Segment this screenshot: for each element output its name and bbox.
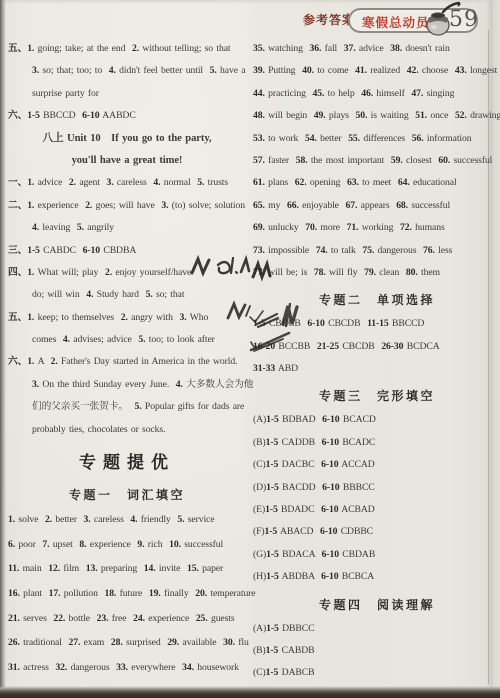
answer-line: 6. poor 7. upset 8. experience 9. rich 1…: [8, 533, 246, 558]
answer-line: 44. practicing 45. to help 46. himself 4…: [253, 83, 500, 105]
answer-line: (G)1-5 BDACA 6-10 CBDAB: [253, 544, 500, 566]
answer-line: 4. leaving 5. angrily: [8, 217, 246, 239]
answer-line: (F)1-5 ABACD 6-10 CDBBC: [253, 521, 500, 543]
answer-line: 11. main 12. film 13. preparing 14. invi…: [8, 557, 246, 582]
answer-line: 们的父亲买一张贺卡。 5. Popular gifts for dads are: [8, 396, 246, 418]
answer-line: 五、1. going; take; at the end 2. without …: [8, 38, 246, 60]
answer-line: comes 4. advises; advice 5. too; to look…: [8, 329, 246, 351]
answer-line: probably ties, chocolates or socks.: [8, 419, 246, 441]
answer-line: (A)1-5 BDBAD 6-10 BCACD: [253, 409, 500, 431]
answer-line: 六、1. A 2. Father's Day started in Americ…: [8, 351, 246, 373]
section-title: 专题三 完形填空: [253, 383, 500, 409]
answer-line: you'll have a great time!: [8, 150, 246, 172]
answer-line: 一、1. advice 2. agent 3. careless 4. norm…: [8, 172, 246, 194]
left-column: 五、1. going; take; at the end 2. without …: [8, 36, 246, 682]
answer-line: 31. actress 32. dangerous 33. everywhere…: [8, 656, 246, 681]
answer-columns: 五、1. going; take; at the end 2. without …: [8, 36, 484, 682]
answer-line: 48. will begin 49. plays 50. is waiting …: [253, 105, 500, 127]
answer-line: (C)1-5 DABCB: [253, 662, 500, 684]
answer-line: 53. to work 54. better 55. differences 5…: [253, 128, 500, 150]
answer-line: 21. serves 22. bottle 23. free 24. exper…: [8, 607, 246, 632]
answer-line: (A)1-5 DBBCC: [253, 618, 500, 640]
section-title: 专题四 阅读理解: [253, 592, 500, 618]
answer-line: 35. watching 36. fall 37. advice 38. doe…: [253, 38, 500, 60]
answer-line: 69. unlucky 70. more 71. working 72. hum…: [253, 217, 500, 239]
answer-line: (D)1-5 BACDD 6-10 BBBCC: [253, 477, 500, 499]
page-header: 参考答案 寒假总动员 59: [0, 0, 500, 38]
answer-line: 31-33 ABD: [253, 358, 500, 380]
answer-line: 73. impossible 74. to talk 75. dangerous…: [253, 240, 500, 262]
answer-line: 3. so; that; too; to 4. didn't feel bett…: [8, 60, 246, 82]
answer-line: 1-5 CBBCB 6-10 CBCDB 11-15 BBCCD: [253, 313, 500, 335]
answer-line: 61. plans 62. opening 63. to meet 64. ed…: [253, 172, 500, 194]
answer-line: (E)1-5 BDADC 6-10 ACBAD: [253, 499, 500, 521]
scan-edge-left: [0, 0, 6, 698]
scanned-answer-page: 参考答案 寒假总动员 59 五、1. going; take; at the e…: [0, 0, 500, 698]
answer-line: (H)1-5 ABDBA 6-10 BCBCA: [253, 566, 500, 588]
right-column: 35. watching 36. fall 37. advice 38. doe…: [246, 36, 500, 682]
answer-line: 39. Putting 40. to come 41. realized 42.…: [253, 60, 500, 82]
scan-edge-bottom: [0, 686, 500, 698]
answer-line: 16. plant 17. pollution 18. future 19. f…: [8, 582, 246, 607]
brand-name: 寒假总动员: [362, 13, 430, 31]
answer-line: 16-20 BCCBB 21-25 CBCDB 26-30 BCDCA: [253, 336, 500, 358]
answer-line: 1. solve 2. better 3. careless 4. friend…: [8, 508, 246, 533]
answer-line: 3. On the third Sunday every June. 4. 大多…: [8, 374, 246, 396]
answer-line: 65. my 66. enjoyable 67. appears 68. suc…: [253, 195, 500, 217]
ink-pot-icon: [421, 0, 463, 38]
answer-line: (C)1-5 DACBC 6-10 ACCAD: [253, 454, 500, 476]
section-title: 专题二 单项选择: [253, 287, 500, 313]
answer-line: 二、1. experience 2. goes; will have 3. (t…: [8, 195, 246, 217]
answer-line: (B)1-5 CADDB 6-10 BCADC: [253, 432, 500, 454]
answer-line: 六、1-5 BBCCD 6-10 AABDC: [8, 105, 246, 127]
answer-line: 77. will be; is 78. will fly 79. clean 8…: [253, 262, 500, 284]
answer-line: 三、1-5 CABDC 6-10 CBDBA: [8, 240, 246, 262]
answer-line: 26. traditional 27. exam 28. surprised 2…: [8, 631, 246, 656]
section-title: 专题一 词汇填空: [8, 482, 246, 508]
answer-line: 五、1. keep; to themselves 2. angry with 3…: [8, 307, 246, 329]
answer-line: 57. faster 58. the most important 59. cl…: [253, 150, 500, 172]
answer-line: (B)1-5 CABDB: [253, 640, 500, 662]
answer-line: do; will win 4. Study hard 5. so; that: [8, 284, 246, 306]
answer-line: 八上 Unit 10 If you go to the party,: [8, 128, 246, 150]
section-title: 专题提优: [8, 447, 246, 479]
answer-line: 四、1. What will; play 2. enjoy yourself/h…: [8, 262, 246, 284]
answer-line: surprise party for: [8, 83, 246, 105]
